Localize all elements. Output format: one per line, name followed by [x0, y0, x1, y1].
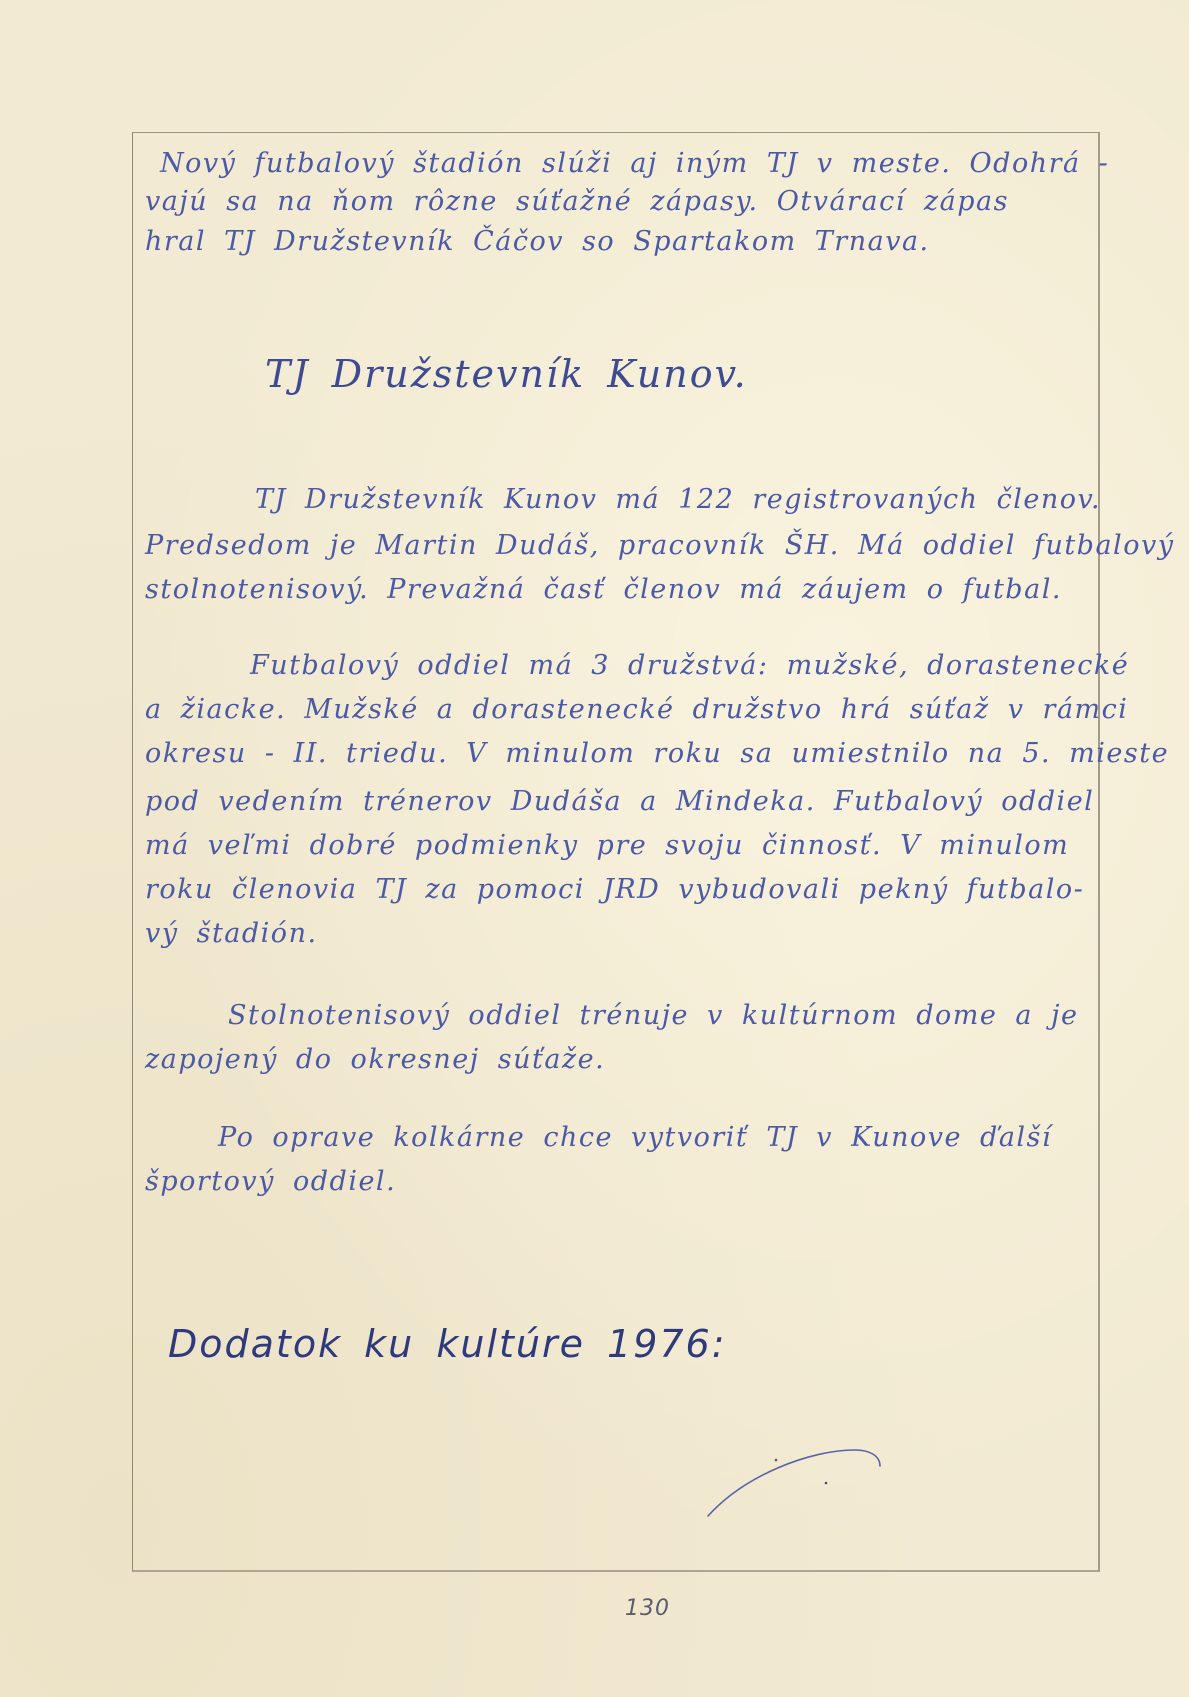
football-line-2: a žiacke. Mužské a dorastenecké družstvo…: [145, 694, 1128, 725]
members-line-1: TJ Družstevník Kunov má 122 registrovaný…: [255, 484, 1101, 515]
bowling-line-1: Po oprave kolkárne chce vytvoriť TJ v Ku…: [218, 1122, 1052, 1153]
bowling-line-2: športový oddiel.: [145, 1166, 396, 1197]
pen-stroke-mark: [690, 1430, 890, 1530]
football-line-1: Futbalový oddiel má 3 družstvá: mužské, …: [250, 650, 1129, 681]
football-line-3: okresu - II. triedu. V minulom roku sa u…: [145, 738, 1169, 769]
table-tennis-line-1: Stolnotenisový oddiel trénuje v kultúrno…: [228, 1000, 1078, 1031]
members-line-2: Predsedom je Martin Dudáš, pracovník ŠH.…: [145, 530, 1189, 561]
football-line-7: vý štadión.: [145, 918, 318, 949]
members-line-3: stolnotenisový. Prevažná časť členov má …: [145, 574, 1062, 605]
football-line-6: roku členovia TJ za pomoci JRD vybudoval…: [145, 874, 1084, 905]
football-line-5: má veľmi dobré podmienky pre svoju činno…: [145, 830, 1069, 861]
intro-line-2: vajú sa na ňom rôzne súťažné zápasy. Otv…: [145, 186, 1009, 217]
page-number: 130: [625, 1596, 670, 1621]
intro-line-1: Nový futbalový štadión slúži aj iným TJ …: [160, 148, 1109, 179]
intro-line-3: hral TJ Družstevník Čáčov so Spartakom T…: [145, 226, 930, 257]
section-heading: TJ Družstevník Kunov.: [265, 352, 748, 396]
table-tennis-line-2: zapojený do okresnej súťaže.: [145, 1044, 605, 1075]
addendum-heading: Dodatok ku kultúre 1976:: [168, 1322, 727, 1366]
football-line-4: pod vedením trénerov Dudáša a Mindeka. F…: [145, 786, 1094, 817]
